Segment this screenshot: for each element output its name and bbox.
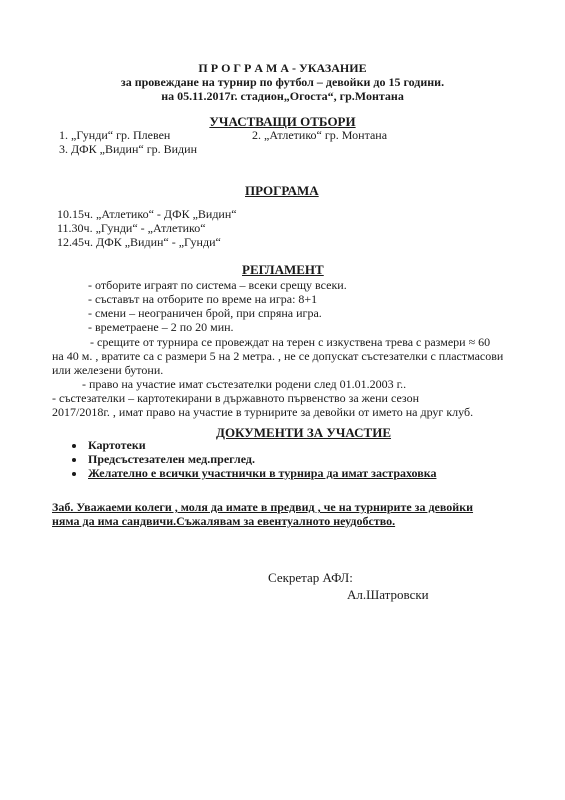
team-item: 1. „Гунди“ гр. Плевен (59, 128, 170, 142)
rule-eligibility: - право на участие имат състезателки род… (82, 377, 406, 391)
match-item: 11.30ч. „Гунди“ - „Атлетико“ (57, 221, 206, 235)
teams-heading: УЧАСТВАЩИ ОТБОРИ (0, 115, 565, 129)
bullet-icon (72, 444, 76, 448)
signature-role: Секретар АФЛ: (268, 571, 353, 585)
match-item: 10.15ч. „Атлетико“ - ДФК „Видин“ (57, 207, 237, 221)
document-item-insurance: Желателно е всички участнички в турнира … (88, 466, 436, 480)
documents-heading: ДОКУМЕНТИ ЗА УЧАСТИЕ (216, 426, 391, 440)
team-item: 2. „Атлетико“ гр. Монтана (252, 128, 387, 142)
document-item: Предсъстезателен мед.преглед. (88, 452, 255, 466)
bullet-icon (72, 472, 76, 476)
rule-field-line3: или железени бутони. (52, 363, 163, 377)
note-line2: няма да има сандвичи.Съжалявам за евенту… (52, 514, 395, 528)
rule-registered-line2: 2017/2018г. , имат право на участие в ту… (52, 405, 473, 419)
note-line1: Заб. Уважаеми колеги , моля да имате в п… (52, 500, 473, 514)
rule-item: - смени – неограничен брой, при спряна и… (88, 306, 322, 320)
rule-item: - съставът на отборите по време на игра:… (88, 292, 317, 306)
rule-field-line2: на 40 м. , вратите са с размери 5 на 2 м… (52, 349, 503, 363)
date-venue: на 05.11.2017г. стадион„Огоста“, гр.Монт… (0, 89, 565, 103)
document-item: Картотеки (88, 438, 146, 452)
rules-heading: РЕГЛАМЕНТ (242, 263, 324, 277)
team-item: 3. ДФК „Видин“ гр. Видин (59, 142, 197, 156)
rule-field-line1: - срещите от турнира се провеждат на тер… (90, 335, 490, 349)
rule-item: - времетраене – 2 по 20 мин. (88, 320, 234, 334)
program-heading: ПРОГРАМА (245, 184, 319, 198)
rule-registered-line1: - състезателки – картотекирани в държавн… (52, 391, 419, 405)
document-title: П Р О Г Р А М А - УКАЗАНИЕ (0, 61, 565, 75)
rule-item: - отборите играят по система – всеки сре… (88, 278, 347, 292)
signature-name: Ал.Шатровски (347, 588, 429, 602)
bullet-icon (72, 458, 76, 462)
document-subtitle: за провеждане на турнир по футбол – дево… (0, 75, 565, 89)
match-item: 12.45ч. ДФК „Видин“ - „Гунди“ (57, 235, 221, 249)
